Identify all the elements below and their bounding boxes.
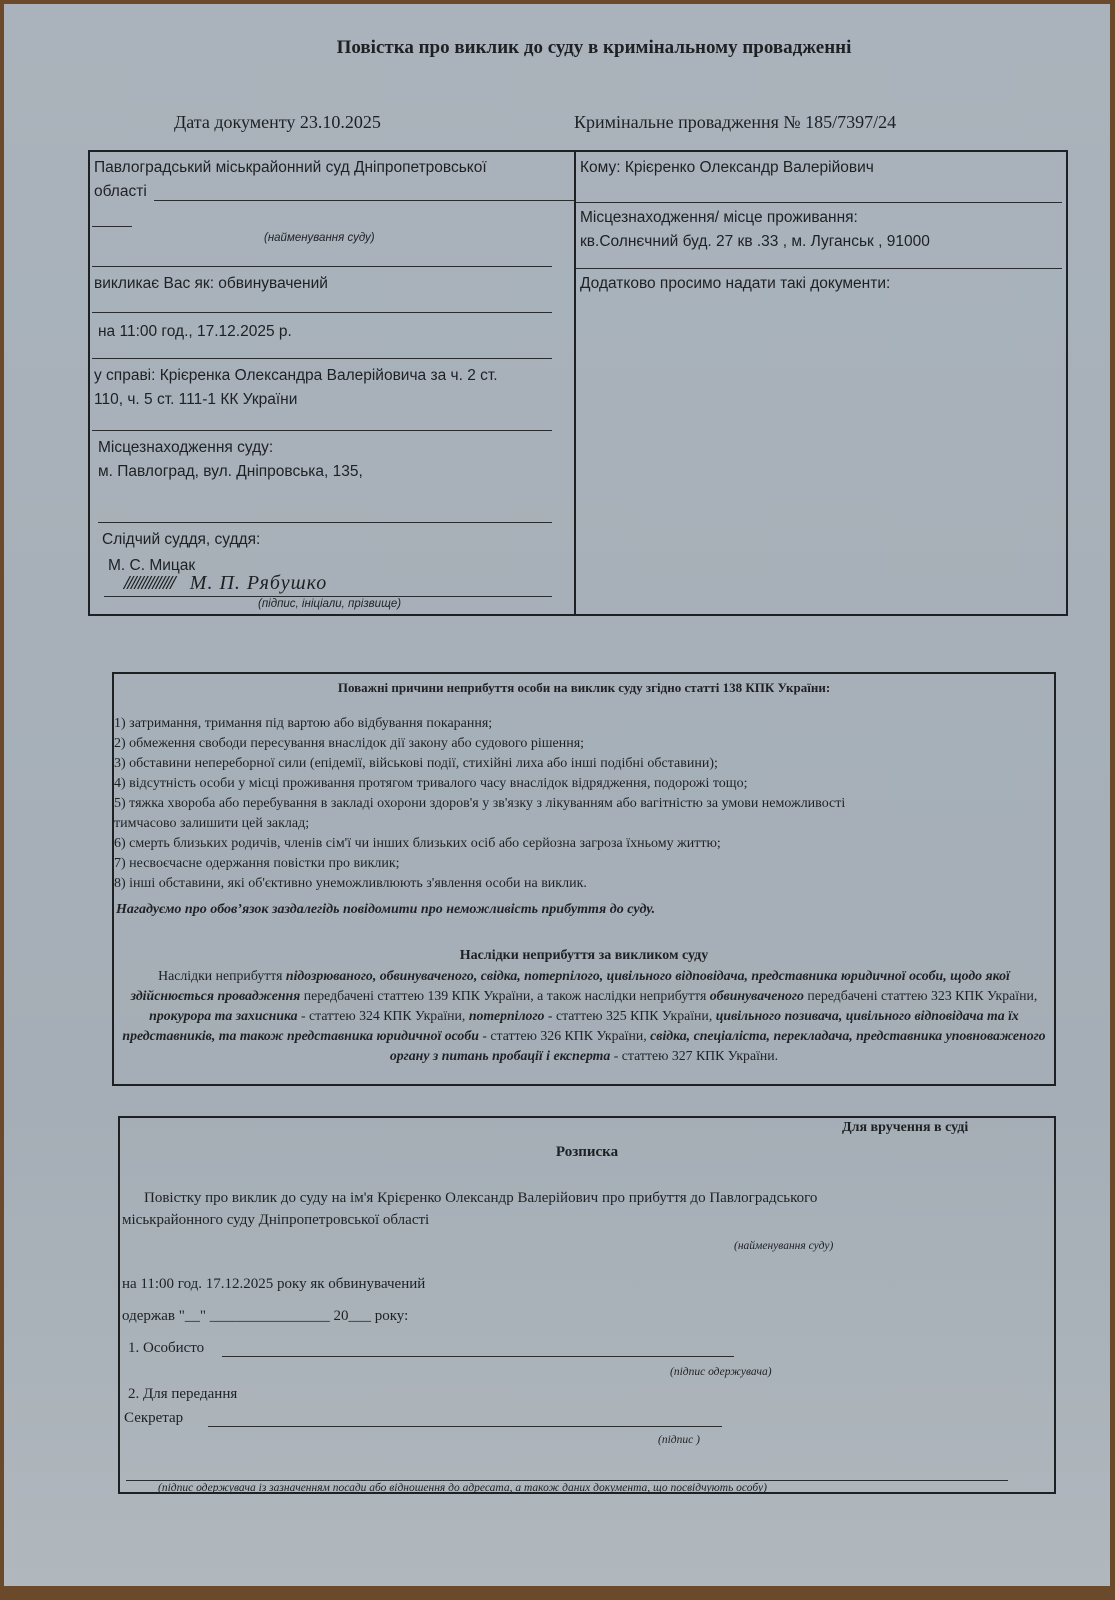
signature-caption: (підпис, ініціали, прізвище) [258, 598, 401, 610]
reason-item: тимчасово залишити цей заклад; [114, 814, 1044, 834]
court-name-caption: (найменування суду) [264, 232, 375, 244]
reason-item: 8) інші обставини, які об'єктивно унемож… [114, 874, 1044, 894]
text-segment: - статтею 327 КПК України. [610, 1048, 778, 1063]
court-name: Павлоградський міськрайонний суд Дніпроп… [94, 156, 564, 204]
divider [92, 358, 552, 359]
signature-line [104, 596, 552, 597]
receipt-title: Розписка [118, 1144, 1056, 1161]
court-name-underline [154, 200, 574, 201]
summons-role: викликає Вас як: обвинувачений [94, 272, 328, 296]
divider [92, 312, 552, 313]
court-location: Місцезнаходження суду: м. Павлоград, вул… [98, 436, 558, 484]
divider [92, 430, 552, 431]
case-number: Кримінальне провадження № 185/7397/24 [574, 112, 896, 133]
emphasized-text: потерпілого [469, 1008, 545, 1023]
recipient-signature-field[interactable] [126, 1480, 1008, 1481]
divider [576, 268, 1062, 269]
recipient-address: Місцезнаходження/ місце проживання: кв.С… [580, 206, 1060, 254]
text-segment: Наслідки неприбуття [158, 968, 286, 983]
personal-signature-field[interactable] [222, 1356, 734, 1357]
secretary-signature-field[interactable] [208, 1426, 722, 1427]
judge-signature: ////////////// М. П. Рябушко [124, 572, 327, 595]
transfer-label: 2. Для передання [128, 1386, 237, 1403]
secretary-caption: (підпис ) [658, 1434, 700, 1446]
text-segment: - статтею 326 КПК України, [479, 1028, 650, 1043]
footer-caption: (підпис одержувача із зазначенням посади… [158, 1482, 767, 1494]
text-segment: передбачені статтею 139 КПК України, а т… [300, 988, 709, 1003]
divider [576, 202, 1062, 203]
document-title: Повістка про виклик до суду в кримінальн… [4, 37, 1115, 59]
document-page: Повістка про виклик до суду в кримінальн… [4, 4, 1110, 1586]
emphasized-text: обвинуваченого [710, 988, 804, 1003]
reason-item: 2) обмеження свободи пересування внаслід… [114, 734, 1044, 754]
reason-item: 4) відсутність особи у місці проживання … [114, 774, 1044, 794]
reminder-note: Нагадуємо про обов’язок заздалегідь пові… [116, 902, 655, 918]
reasons-list: 1) затримання, тримання під вартою або в… [114, 714, 1044, 894]
recipient-name: Кому: Крієренко Олександр Валерійович [580, 156, 874, 180]
reason-item: 3) обставини непереборної сили (епідемії… [114, 754, 1044, 774]
emphasized-text: прокурора та захисника [149, 1008, 297, 1023]
judge-label: Слідчий суддя, суддя: [102, 528, 260, 552]
document-date: Дата документу 23.10.2025 [174, 112, 381, 133]
reason-item: 7) несвоєчасне одержання повістки про ви… [114, 854, 1044, 874]
court-name-underline-2 [92, 226, 132, 227]
divider [98, 522, 552, 523]
divider [92, 266, 552, 267]
receipt-line-2: міськрайонного суду Дніпропетровської об… [122, 1212, 429, 1229]
personal-label: 1. Особисто [128, 1340, 204, 1357]
personal-caption: (підпис одержувача) [670, 1366, 772, 1378]
case-subject: у справі: Крієренка Олександра Валерійов… [94, 364, 564, 412]
reason-item: 1) затримання, тримання під вартою або в… [114, 714, 1044, 734]
receipt-block [118, 1116, 1056, 1494]
text-segment: - статтею 324 КПК України, [298, 1008, 469, 1023]
consequences-text: Наслідки неприбуття підозрюваного, обвин… [116, 966, 1052, 1066]
secretary-label: Секретар [124, 1410, 183, 1427]
documents-request: Додатково просимо надати такі документи: [580, 272, 890, 296]
receipt-datetime: на 11:00 год. 17.12.2025 року як обвинув… [122, 1276, 425, 1293]
reason-item: 5) тяжка хвороба або перебування в закла… [114, 794, 1044, 814]
receipt-corner-label: Для вручення в суді [842, 1120, 968, 1136]
column-divider [574, 150, 576, 616]
consequences-title: Наслідки неприбуття за викликом суду [112, 948, 1056, 964]
hearing-datetime: на 11:00 год., 17.12.2025 р. [98, 320, 292, 344]
text-segment: - статтею 325 КПК України, [544, 1008, 715, 1023]
receipt-court-caption: (найменування суду) [734, 1240, 833, 1252]
reasons-title: Поважні причини неприбуття особи на викл… [112, 680, 1056, 696]
received-date-field[interactable]: одержав "__" ________________ 20___ року… [122, 1308, 408, 1325]
receipt-line-1: Повістку про виклик до суду на ім'я Кріє… [144, 1190, 817, 1207]
reason-item: 6) смерть близьких родичів, членів сім'ї… [114, 834, 1044, 854]
text-segment: передбачені статтею 323 КПК України, [804, 988, 1037, 1003]
